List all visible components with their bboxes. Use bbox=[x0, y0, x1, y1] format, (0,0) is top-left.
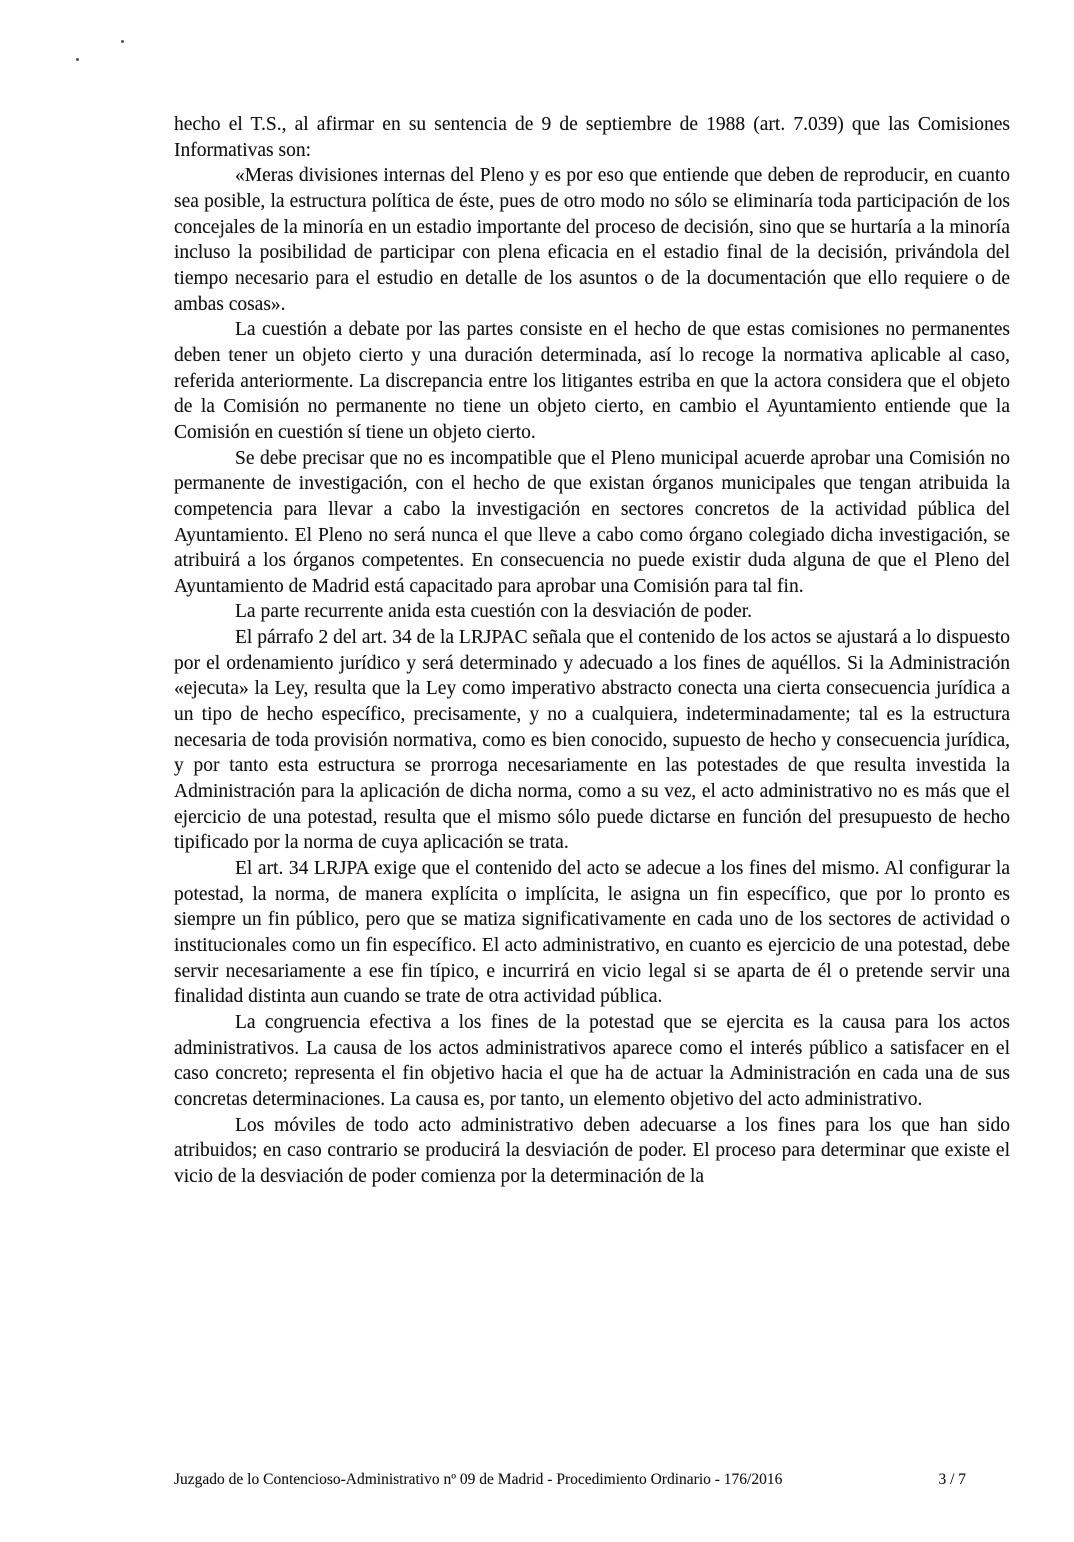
scan-speck bbox=[121, 40, 124, 43]
footer-page-indicator: 3 / 7 bbox=[938, 1470, 1010, 1490]
body-paragraph: Se debe precisar que no es incompatible … bbox=[174, 446, 1010, 600]
body-paragraph: La cuestión a debate por las partes cons… bbox=[174, 317, 1010, 445]
body-paragraph: El párrafo 2 del art. 34 de la LRJPAC se… bbox=[174, 625, 1010, 856]
footer-case-reference: Juzgado de lo Contencioso-Administrativo… bbox=[174, 1470, 782, 1490]
body-paragraph: Los móviles de todo acto administrativo … bbox=[174, 1113, 1010, 1190]
body-paragraph: La parte recurrente anida esta cuestión … bbox=[174, 599, 1010, 625]
body-paragraph: hecho el T.S., al afirmar en su sentenci… bbox=[174, 112, 1010, 163]
document-page: hecho el T.S., al afirmar en su sentenci… bbox=[0, 0, 1074, 1542]
body-paragraph: El art. 34 LRJPA exige que el contenido … bbox=[174, 856, 1010, 1010]
page-footer: Juzgado de lo Contencioso-Administrativo… bbox=[174, 1470, 1010, 1490]
scan-speck bbox=[76, 58, 79, 61]
body-paragraph: La congruencia efectiva a los fines de l… bbox=[174, 1010, 1010, 1113]
body-paragraph: «Meras divisiones internas del Pleno y e… bbox=[174, 163, 1010, 317]
body-text: hecho el T.S., al afirmar en su sentenci… bbox=[174, 112, 1010, 1190]
